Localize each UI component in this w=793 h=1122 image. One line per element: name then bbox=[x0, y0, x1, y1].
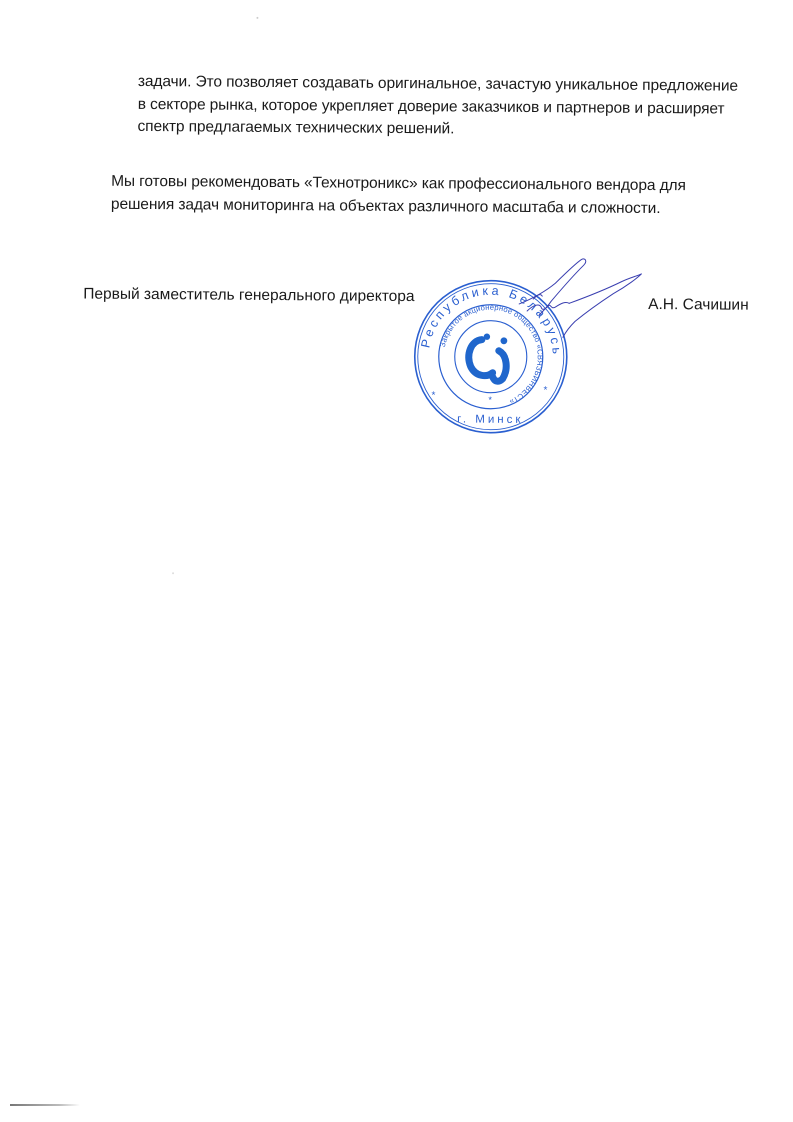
signatory-position: Первый заместитель генерального директор… bbox=[83, 285, 414, 308]
signatory-name: А.Н. Сачишин bbox=[648, 295, 749, 316]
paragraph-2-line-1: Мы готовы рекомендовать «Технотроникс» к… bbox=[111, 172, 686, 197]
stamp-logo-icon bbox=[469, 333, 508, 381]
document-page: задачи. Это позволяет создавать оригинал… bbox=[0, 0, 793, 1122]
paragraph-1-line-2: в секторе рынка, которое укрепляет довер… bbox=[138, 95, 725, 120]
paragraph-1-line-3: спектр предлагаемых технических решений. bbox=[137, 117, 454, 139]
scan-speck bbox=[172, 572, 174, 574]
svg-text:*: * bbox=[543, 385, 547, 396]
footer-rule bbox=[10, 1104, 80, 1106]
scan-speck bbox=[256, 17, 258, 19]
svg-text:*: * bbox=[431, 390, 435, 401]
paragraph-1-line-1: задачи. Это позволяет создавать оригинал… bbox=[138, 72, 738, 97]
paragraph-2-line-2: решения задач мониторинга на объектах ра… bbox=[111, 195, 661, 219]
svg-text:*: * bbox=[488, 395, 492, 405]
stamp-bottom-text: г. Минск bbox=[457, 413, 523, 426]
handwritten-signature-icon bbox=[509, 249, 660, 350]
